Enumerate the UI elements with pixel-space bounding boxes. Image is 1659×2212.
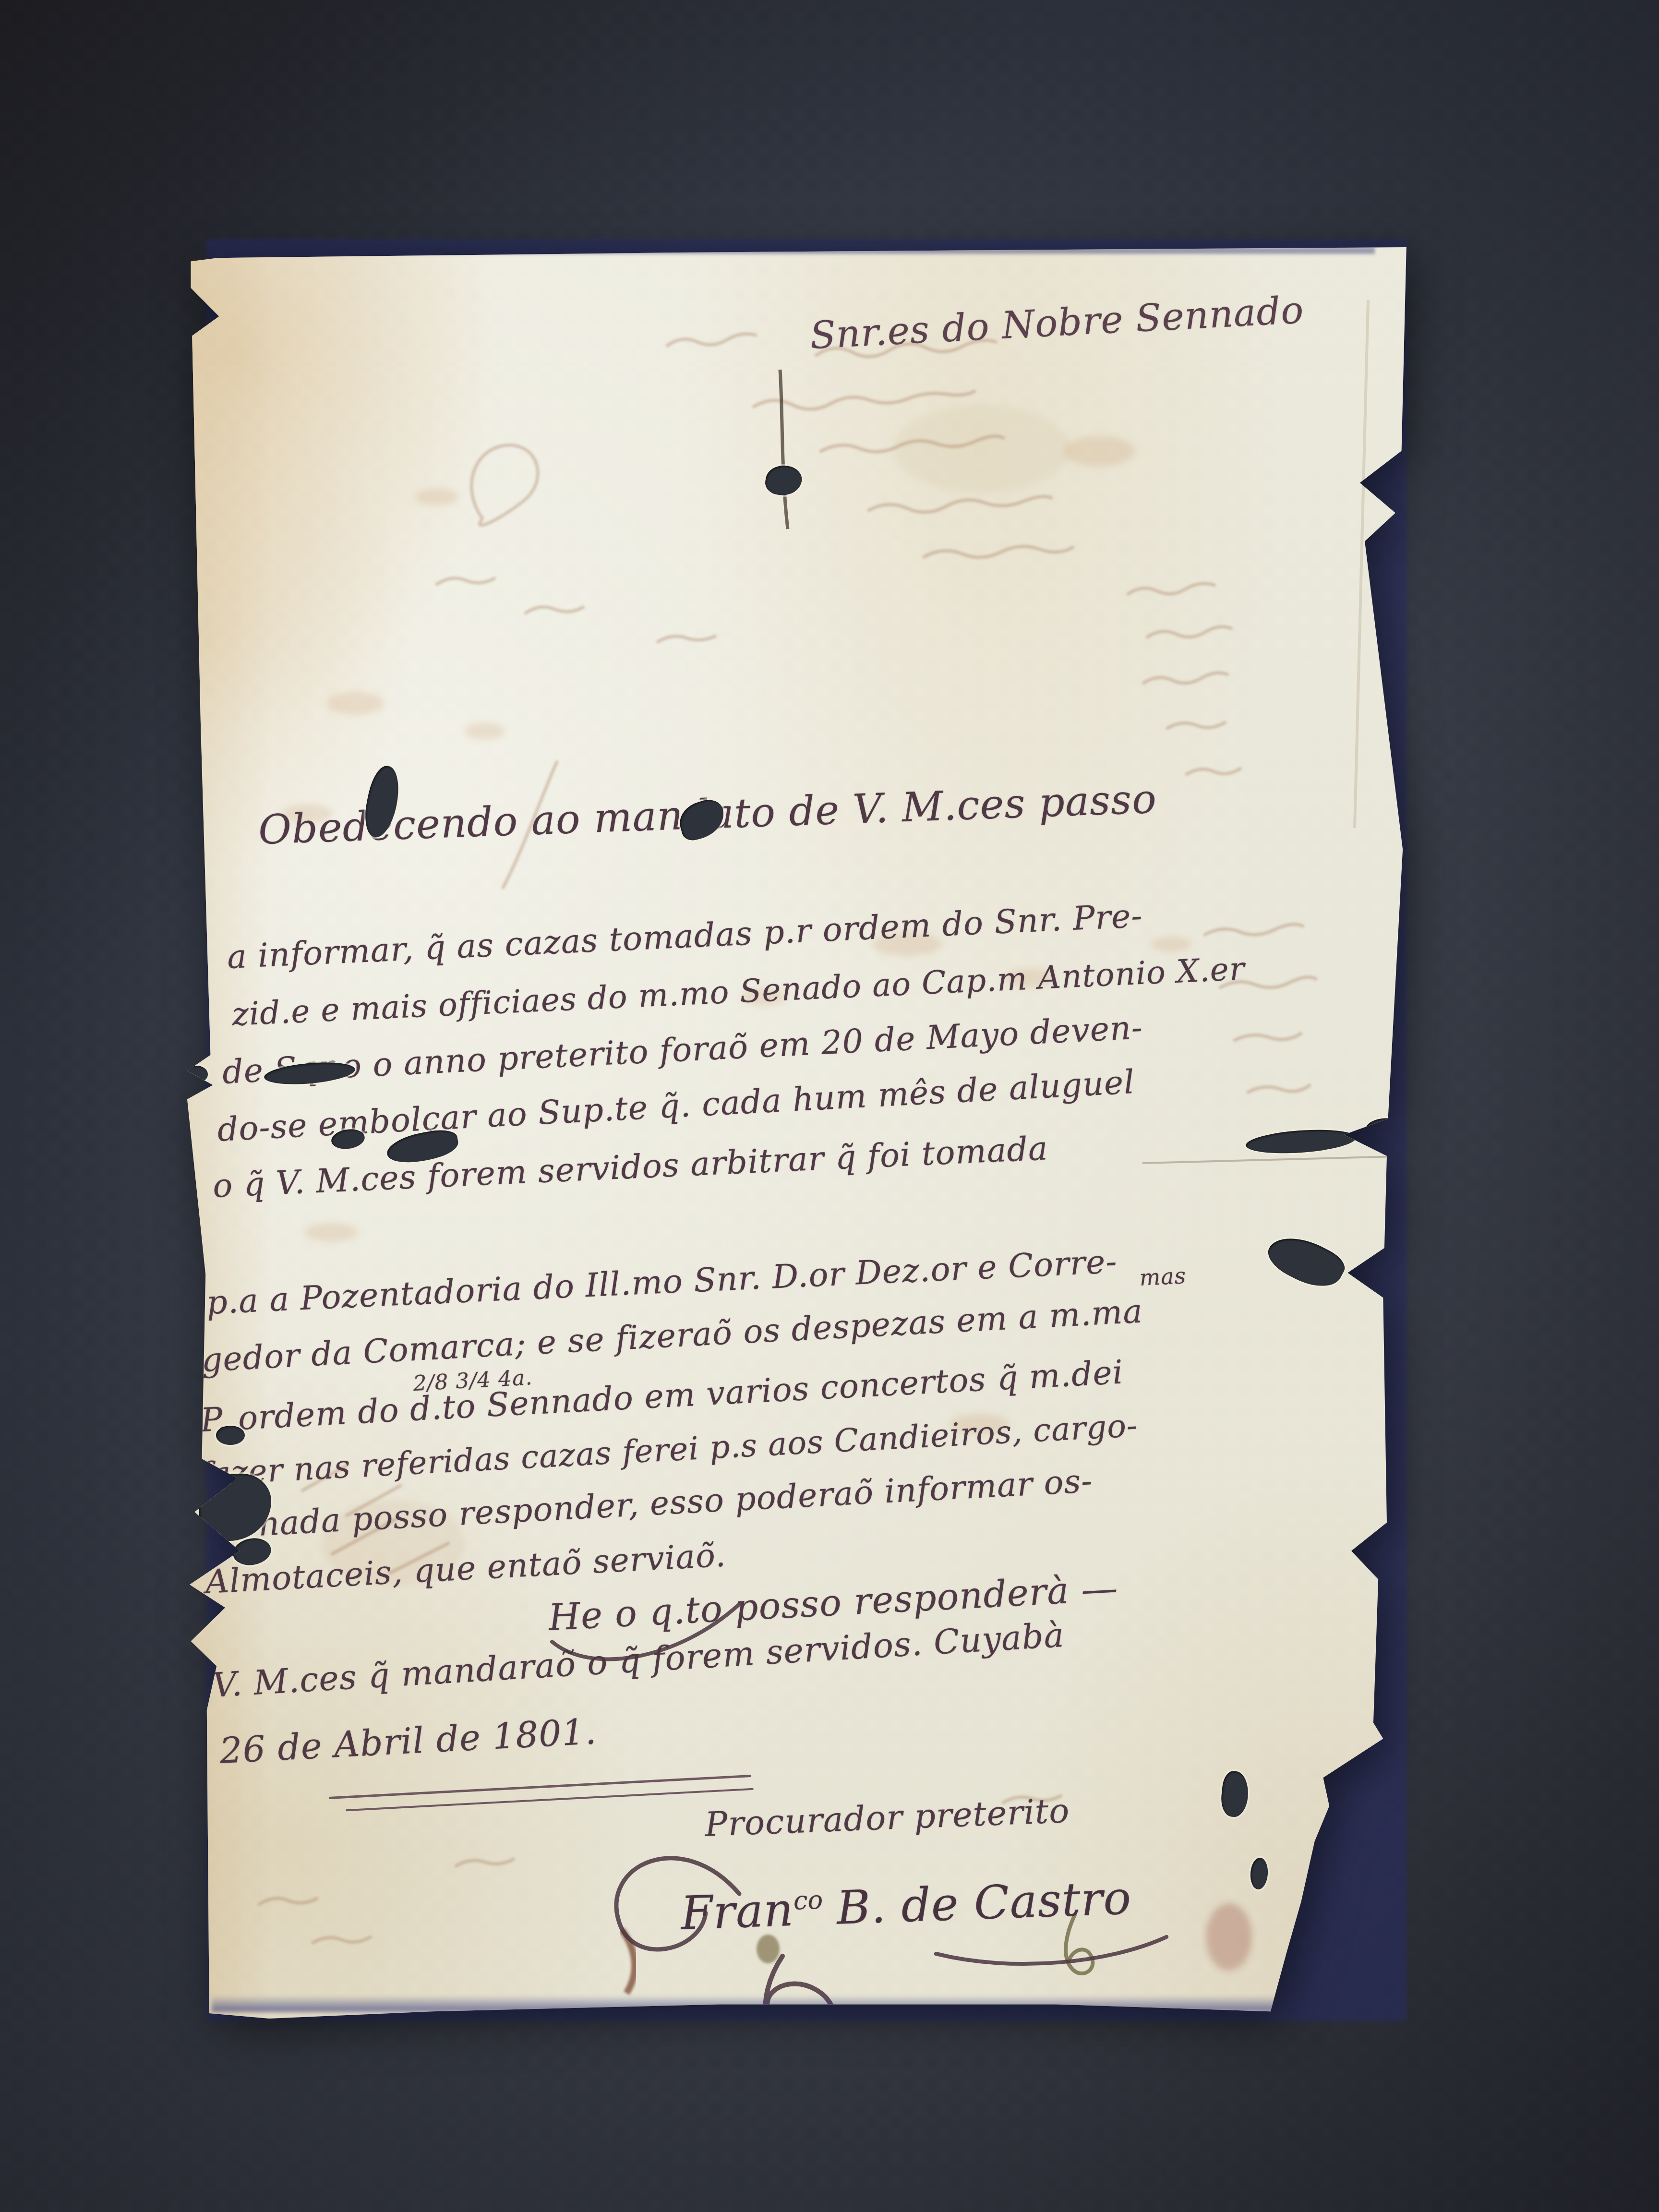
paper-hole — [216, 1426, 245, 1445]
manuscript-paper: Snr.es do Nobre Sennado Obedecendo ao ma… — [187, 247, 1411, 2019]
signature-flourishes — [187, 247, 1411, 2019]
paper-hole — [185, 1066, 208, 1083]
paper-wrap: Snr.es do Nobre Sennado Obedecendo ao ma… — [187, 247, 1411, 2019]
bottom-edge-shadow — [212, 1996, 1289, 2012]
